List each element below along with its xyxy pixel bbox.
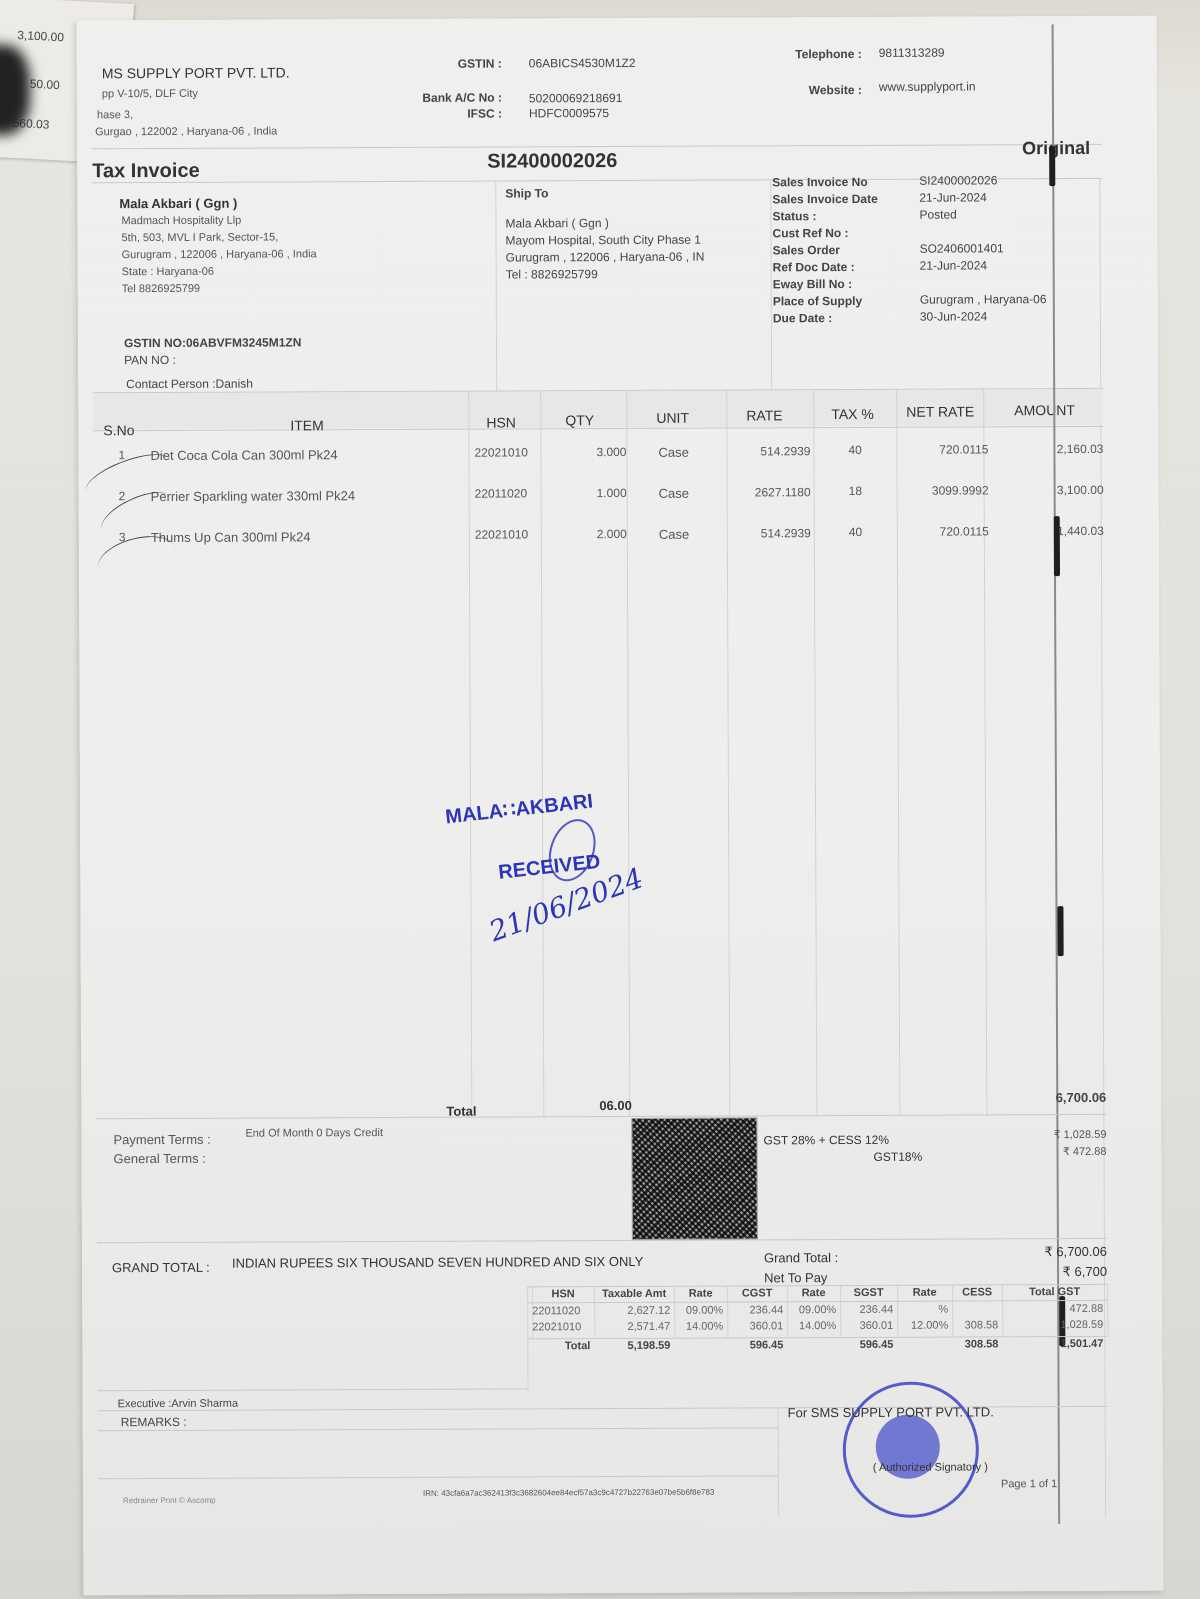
remarks-label: REMARKS : xyxy=(121,1415,187,1429)
page-number: Page 1 of 1 xyxy=(1001,1478,1057,1490)
seller-telephone: 9811313289 xyxy=(879,46,945,60)
cell-tax: 40 xyxy=(849,525,879,539)
meta-value: 21-Jun-2024 xyxy=(920,258,987,272)
tax-summary-value: ₹ 472.88 xyxy=(981,1145,1106,1159)
cell-rate: 514.2939 xyxy=(718,444,810,458)
seller-address-line: Gurgao , 122002 , Haryana-06 , India xyxy=(95,125,277,138)
ifsc-code: HDFC0009575 xyxy=(529,106,609,120)
gstin-label: GSTIN : xyxy=(397,57,502,71)
invoice-sheet: MS SUPPLY PORT PVT. LTD. pp V-10/5, DLF … xyxy=(77,16,1164,1596)
cell-amount: 2,160.03 xyxy=(993,441,1103,455)
underlying-value: 50.00 xyxy=(29,77,60,93)
cell-net-rate: 3099.9992 xyxy=(889,483,989,497)
hsn-total-cell: 596.45 xyxy=(840,1339,893,1351)
seller-name: MS SUPPLY PORT PVT. LTD. xyxy=(102,64,290,81)
hsn-cell: 22011020 xyxy=(532,1305,590,1317)
e-invoice-qr-code xyxy=(631,1117,758,1240)
meta-value: Gurugram , Haryana-06 xyxy=(920,292,1047,307)
tax-summary-value: ₹ 1,028.59 xyxy=(981,1128,1106,1142)
table-row: 2Perrier Sparkling water 330ml Pk2422011… xyxy=(77,16,1157,21)
payment-terms-value: End Of Month 0 Days Credit xyxy=(245,1127,383,1140)
col-header-sno: S.No xyxy=(103,422,134,438)
meta-label: Status : xyxy=(772,209,816,223)
hsn-col-header: CESS xyxy=(952,1286,1002,1298)
meta-label: Cust Ref No : xyxy=(772,226,848,240)
col-header-hsn: HSN xyxy=(486,414,516,430)
hsn-col-header: Rate xyxy=(787,1287,840,1299)
cell-tax: 40 xyxy=(848,443,878,457)
printed-by: Redrainer Print © Ascomp xyxy=(123,1496,216,1505)
hsn-total-cell: 1,501.47 xyxy=(1002,1338,1103,1350)
cell-qty: 3.000 xyxy=(548,445,626,459)
website-label: Website : xyxy=(777,83,862,97)
total-qty: 06.00 xyxy=(599,1098,632,1113)
cell-unit: Case xyxy=(658,444,718,459)
meta-value: Posted xyxy=(919,208,956,222)
hsn-cell: 09.00% xyxy=(787,1304,836,1316)
bill-to-line: Madmach Hospitality Llp xyxy=(121,215,241,228)
invoice-number-heading: SI2400002026 xyxy=(487,150,617,174)
col-header-rate: RATE xyxy=(746,407,782,423)
hsn-col-header: Rate xyxy=(897,1287,952,1299)
invoice-meta: Sales Invoice NoSI2400002026Sales Invoic… xyxy=(77,16,1157,21)
hsn-cell: 236.44 xyxy=(840,1304,893,1316)
net-to-pay-value: ₹ 6,700 xyxy=(982,1264,1107,1281)
hsn-cell: 360.01 xyxy=(840,1320,893,1332)
bill-to-line: 5th, 503, MVL I Park, Sector-15, xyxy=(121,231,278,244)
ship-to-line: Mayom Hospital, South City Phase 1 xyxy=(506,233,701,248)
meta-value: SO2406001401 xyxy=(920,241,1004,255)
tax-summary-label: GST 28% + CESS 12% xyxy=(763,1133,889,1148)
cell-qty: 2.000 xyxy=(549,527,627,541)
hsn-cell: 308.58 xyxy=(952,1319,998,1331)
hsn-cell: 2,627.12 xyxy=(594,1305,670,1317)
company-seal-icon xyxy=(843,1381,980,1518)
cell-tax: 18 xyxy=(849,484,879,498)
hsn-cell: 1,028.59 xyxy=(1002,1319,1103,1331)
hsn-cell: 472.88 xyxy=(1002,1303,1103,1315)
hsn-tax-table: HSNTaxable AmtRateCGSTRateSGSTRateCESSTo… xyxy=(77,16,1157,21)
hsn-cell: 2,571.47 xyxy=(594,1321,670,1333)
ship-to-line: Gurugram , 122006 , Haryana-06 , IN xyxy=(506,250,705,265)
cell-amount: 1,440.03 xyxy=(994,523,1104,537)
cell-rate: 2627.1180 xyxy=(719,485,811,499)
bill-to-line: State : Haryana-06 xyxy=(122,266,214,278)
meta-value: 30-Jun-2024 xyxy=(920,309,987,323)
table-row: 3Thums Up Can 300ml Pk24220210102.000Cas… xyxy=(77,16,1157,21)
hsn-total-cell: 308.58 xyxy=(952,1338,998,1350)
cell-net-rate: 720.0115 xyxy=(888,442,988,456)
hsn-col-header: HSN xyxy=(532,1288,594,1300)
col-header-amount: AMOUNT xyxy=(1014,402,1075,418)
cell-item: Diet Coca Cola Can 300ml Pk24 xyxy=(150,446,450,462)
bill-to-gstin: GSTIN NO:06ABVFM3245M1ZN xyxy=(124,335,301,350)
meta-value: SI2400002026 xyxy=(919,173,997,187)
copy-label: Original xyxy=(1022,138,1090,159)
cell-item: Perrier Sparkling water 330ml Pk24 xyxy=(151,487,451,503)
hsn-cell: 360.01 xyxy=(727,1320,783,1332)
seller-website[interactable]: www.supplyport.in xyxy=(879,79,976,93)
hsn-total-cell: 5,198.59 xyxy=(594,1340,670,1352)
document-title: Tax Invoice xyxy=(92,160,200,183)
col-header-tax: TAX % xyxy=(831,406,874,422)
total-label: Total xyxy=(446,1104,476,1119)
hsn-col-header: Total GST xyxy=(1002,1286,1107,1298)
cell-amount: 3,100.00 xyxy=(994,482,1104,496)
bill-to-pan: PAN NO : xyxy=(124,353,176,367)
hsn-cell: 14.00% xyxy=(674,1321,723,1333)
grand-total-label: Grand Total : xyxy=(764,1250,838,1265)
hsn-col-header: CGST xyxy=(727,1287,787,1299)
grand-total-in-words: INDIAN RUPEES SIX THOUSAND SEVEN HUNDRED… xyxy=(232,1254,643,1271)
seller-address-line: hase 3, xyxy=(97,109,133,121)
hsn-total-cell: Total xyxy=(532,1340,590,1352)
grand-total-value: ₹ 6,700.06 xyxy=(982,1244,1107,1261)
hsn-total-cell: 596.45 xyxy=(727,1339,783,1351)
cell-qty: 1.000 xyxy=(549,486,627,500)
col-header-item: ITEM xyxy=(290,417,324,433)
meta-label: Place of Supply xyxy=(773,294,862,308)
cell-item: Thums Up Can 300ml Pk24 xyxy=(151,528,451,544)
items-table-body: 1Diet Coca Cola Can 300ml Pk24220210103.… xyxy=(77,16,1157,21)
col-header-net-rate: NET RATE xyxy=(906,403,974,419)
hsn-cell: 12.00% xyxy=(897,1320,948,1332)
cell-net-rate: 720.0115 xyxy=(889,524,989,538)
underlying-value: 3,100.00 xyxy=(17,28,64,44)
hsn-cell: 22021010 xyxy=(532,1321,590,1333)
hsn-cell: 236.44 xyxy=(727,1304,783,1316)
net-to-pay-label: Net To Pay xyxy=(764,1270,827,1285)
ship-to-name: Mala Akbari ( Ggn ) xyxy=(505,216,608,230)
authorized-signatory: ( Authorized Signatory ) xyxy=(873,1461,988,1474)
meta-label: Sales Invoice No xyxy=(772,175,867,189)
bill-to-line: Gurugram , 122006 , Haryana-06 , India xyxy=(122,248,317,261)
payment-terms-label: Payment Terms : xyxy=(113,1132,210,1147)
table-row: 1Diet Coca Cola Can 300ml Pk24220210103.… xyxy=(77,16,1157,21)
seller-gstin: 06ABICS4530M1Z2 xyxy=(529,56,636,70)
hsn-cell: 14.00% xyxy=(787,1320,836,1332)
meta-label: Sales Invoice Date xyxy=(772,192,877,206)
executive: Executive :Arvin Sharma xyxy=(118,1398,238,1411)
contact-person: Contact Person :Danish xyxy=(126,377,253,392)
meta-value: 21-Jun-2024 xyxy=(919,190,986,204)
col-header-unit: UNIT xyxy=(656,410,689,426)
ship-to-line: Tel : 8826925799 xyxy=(506,267,598,281)
for-company: For SMS SUPPLY PORT PVT. LTD. xyxy=(788,1404,994,1420)
hsn-col-header: SGST xyxy=(840,1287,897,1299)
ifsc-label: IFSC : xyxy=(397,107,502,121)
meta-label: Ref Doc Date : xyxy=(773,260,855,274)
grand-total-words-label: GRAND TOTAL : xyxy=(112,1260,210,1275)
irn: IRN: 43cfa6a7ac362413f3c3682604ee84ecf57… xyxy=(423,1488,714,1498)
bank-account: 50200069218691 xyxy=(529,91,622,105)
hsn-col-header: Taxable Amt xyxy=(594,1288,674,1300)
col-header-qty: QTY xyxy=(565,412,594,428)
cell-hsn: 22021010 xyxy=(474,446,544,460)
meta-label: Eway Bill No : xyxy=(773,277,852,291)
telephone-label: Telephone : xyxy=(777,47,862,61)
ship-to-heading: Ship To xyxy=(505,186,548,200)
seller-address-line: pp V-10/5, DLF City xyxy=(102,88,198,100)
hsn-cell: 09.00% xyxy=(674,1305,723,1317)
hsn-cell: % xyxy=(897,1304,948,1316)
bill-to-line: Tel 8826925799 xyxy=(122,283,200,295)
meta-label: Sales Order xyxy=(773,243,840,257)
cell-hsn: 22021010 xyxy=(475,528,545,542)
total-amount: 6,700.06 xyxy=(981,1090,1106,1106)
cell-unit: Case xyxy=(659,526,719,541)
bill-to-name: Mala Akbari ( Ggn ) xyxy=(119,196,237,212)
cell-rate: 514.2939 xyxy=(719,526,811,540)
hsn-col-header: Rate xyxy=(674,1288,727,1300)
tax-summary-label: GST18% xyxy=(874,1150,923,1164)
cell-unit: Case xyxy=(659,485,719,500)
general-terms-label: General Terms : xyxy=(114,1151,206,1166)
meta-label: Due Date : xyxy=(773,311,832,325)
bank-label: Bank A/C No : xyxy=(397,91,502,105)
cell-hsn: 22011020 xyxy=(475,487,545,501)
